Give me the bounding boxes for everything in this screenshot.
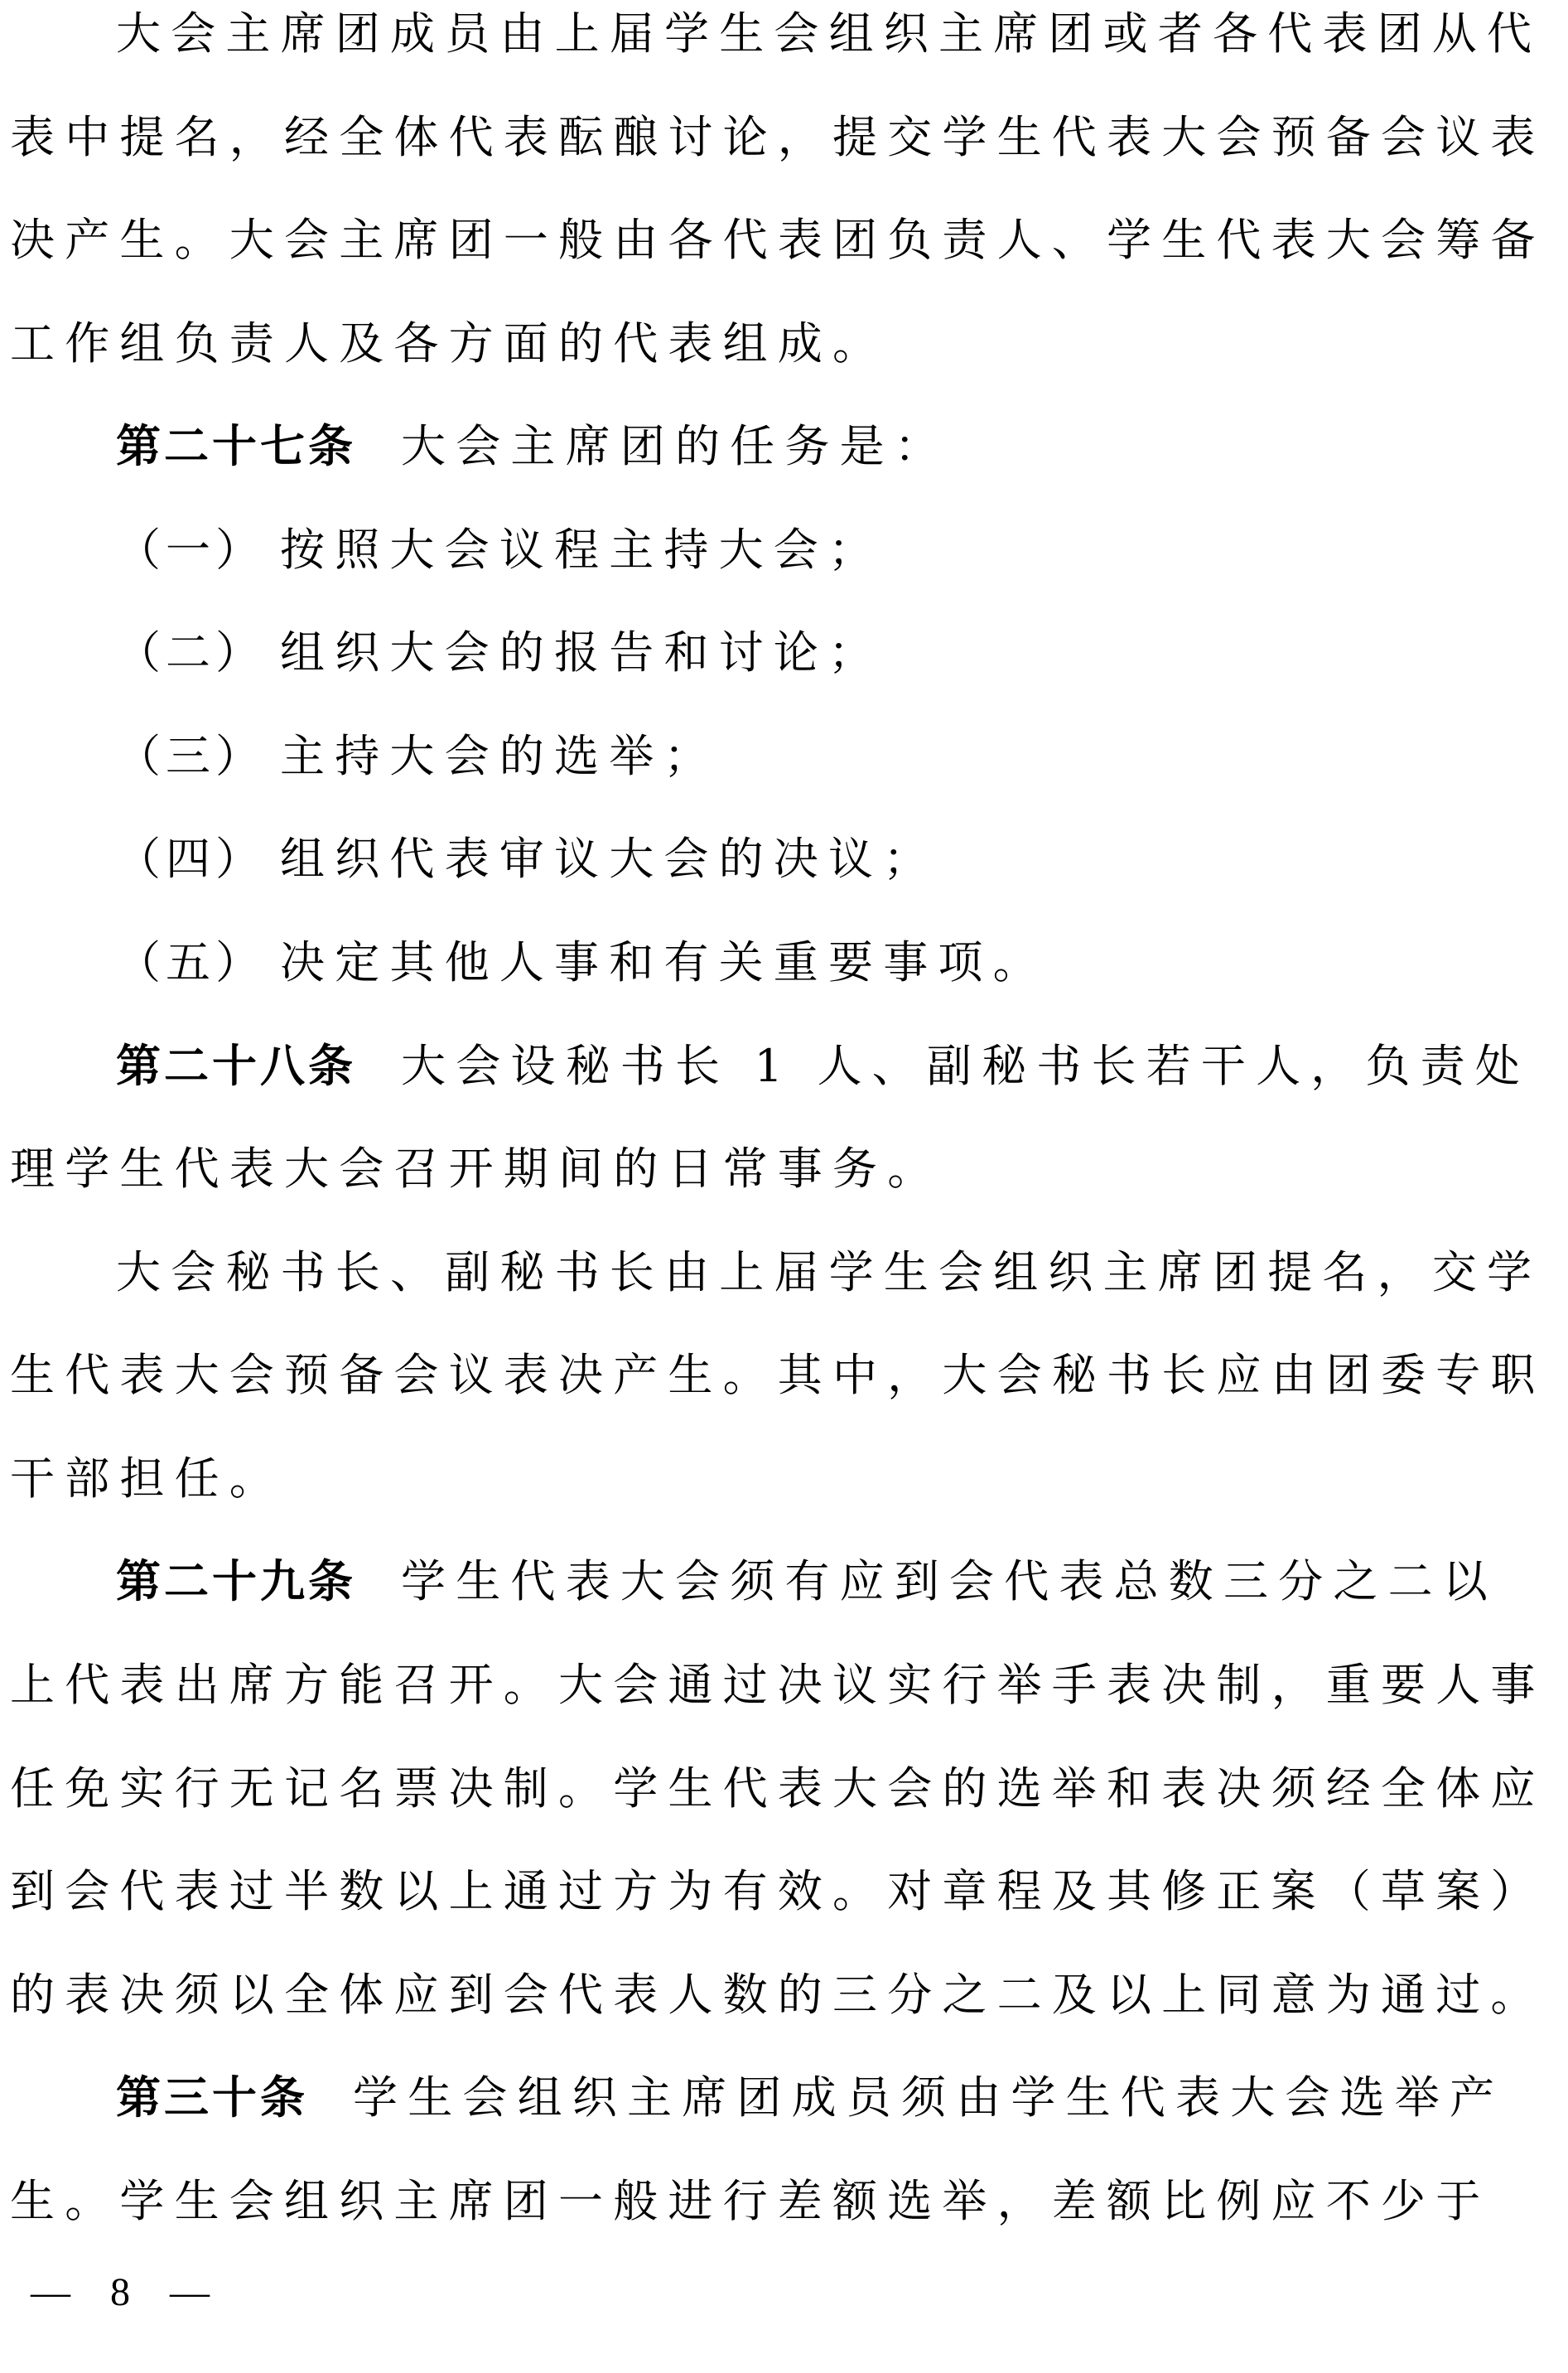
- document-page: 大会主席团成员由上届学生会组织主席团或者各代表团从代 表中提名，经全体代表酝酿讨…: [0, 0, 1568, 2373]
- paragraph-line: 决产生。大会主席团一般由各代表团负责人、学生代表大会筹备: [10, 215, 1546, 266]
- list-item: （二）组织大会的报告和讨论；: [116, 627, 883, 679]
- paragraph-line: 理学生代表大会召开期间的日常事务。: [10, 1143, 942, 1195]
- list-marker: （二）: [116, 626, 265, 679]
- list-item-text: 决定其他人事和有关重要事项。: [280, 936, 1048, 988]
- list-item: （五）决定其他人事和有关重要事项。: [116, 937, 1048, 988]
- article-28: 第二十八条大会设秘书长 1 人、副秘书长若干人，负责处: [116, 1041, 1530, 1092]
- article-text: 学生会组织主席团成员须由学生代表大会选举产: [353, 2071, 1504, 2124]
- paragraph-line: 生。学生会组织主席团一般进行差额选举，差额比例应不少于: [10, 2176, 1490, 2227]
- list-marker: （五）: [116, 936, 265, 988]
- article-heading: 第二十七条: [116, 420, 356, 472]
- list-item-text: 按照大会议程主持大会；: [280, 524, 883, 576]
- list-item: （一）按照大会议程主持大会；: [116, 524, 883, 576]
- article-heading: 第二十九条: [116, 1555, 356, 1607]
- list-marker: （四）: [116, 833, 265, 885]
- paragraph-line: 上代表出席方能召开。大会通过决议实行举手表决制，重要人事: [10, 1660, 1546, 1711]
- article-text: 学生代表大会须有应到会代表总数三分之二以: [401, 1555, 1498, 1607]
- list-marker: （三）: [116, 730, 265, 782]
- paragraph-line: 大会主席团成员由上届学生会组织主席团或者各代表团从代: [116, 8, 1541, 60]
- list-item-text: 组织大会的报告和讨论；: [280, 626, 883, 679]
- article-text: 大会设秘书长 1 人、副秘书长若干人，负责处: [401, 1040, 1530, 1092]
- paragraph-line: 到会代表过半数以上通过方为有效。对章程及其修正案（草案）: [10, 1866, 1546, 1917]
- article-30: 第三十条学生会组织主席团成员须由学生代表大会选举产: [116, 2072, 1504, 2124]
- paragraph-line: 表中提名，经全体代表酝酿讨论，提交学生代表大会预备会议表: [10, 112, 1546, 163]
- article-heading: 第三十条: [116, 2071, 308, 2124]
- paragraph-line: 大会秘书长、副秘书长由上届学生会组织主席团提名，交学: [116, 1247, 1541, 1298]
- article-heading: 第二十八条: [116, 1040, 356, 1092]
- article-29: 第二十九条学生代表大会须有应到会代表总数三分之二以: [116, 1556, 1498, 1607]
- article-27: 第二十七条大会主席团的任务是：: [116, 421, 949, 472]
- list-marker: （一）: [116, 524, 265, 576]
- paragraph-line: 干部担任。: [10, 1453, 284, 1505]
- paragraph-line: 生代表大会预备会议表决产生。其中，大会秘书长应由团委专职: [10, 1350, 1546, 1401]
- paragraph-line: 工作组负责人及各方面的代表组成。: [10, 318, 887, 370]
- paragraph-line: 的表决须以全体应到会代表人数的三分之二及以上同意为通过。: [10, 1969, 1546, 2021]
- list-item-text: 主持大会的选举；: [280, 730, 719, 782]
- list-item: （三）主持大会的选举；: [116, 731, 719, 782]
- article-text: 大会主席团的任务是：: [401, 420, 949, 472]
- page-number: — 8 —: [31, 2272, 224, 2313]
- paragraph-line: 任免实行无记名票决制。学生代表大会的选举和表决须经全体应: [10, 1763, 1546, 1815]
- list-item: （四）组织代表审议大会的决议；: [116, 834, 938, 885]
- list-item-text: 组织代表审议大会的决议；: [280, 833, 938, 885]
